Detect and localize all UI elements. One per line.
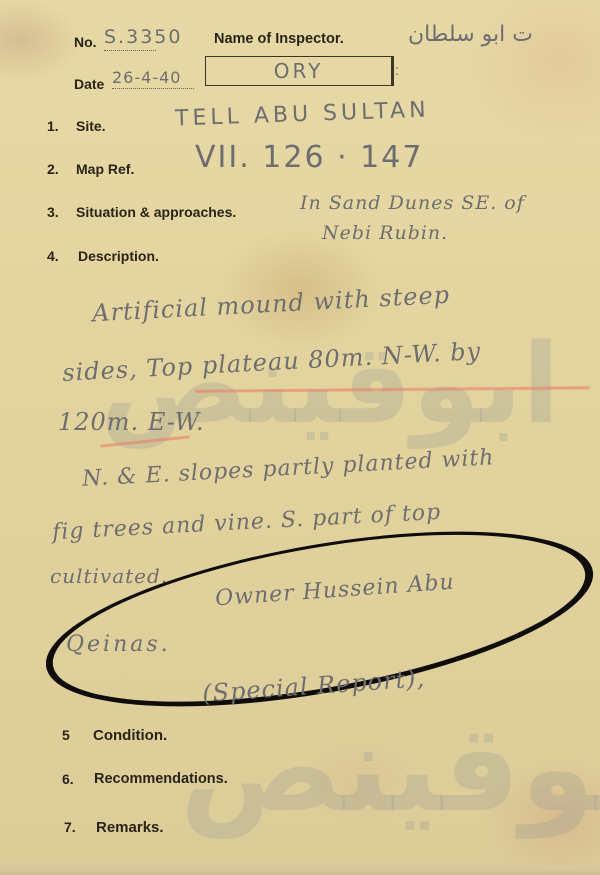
field-mapref-label: Map Ref.	[76, 161, 134, 177]
description-line-3: 120m. E-W.	[58, 408, 205, 436]
field-2-number: 2.	[47, 161, 59, 177]
description-line-8: Qeinas.	[66, 632, 171, 657]
inspector-value: ORY	[274, 59, 324, 83]
field-3-number: 3.	[47, 204, 59, 220]
red-underline-1	[195, 386, 590, 392]
description-line-2: sides, Top plateau 80m. N-W. by	[62, 337, 482, 387]
inspection-card: ابوقينص ابوقينص No. S.3350 Name of Inspe…	[0, 0, 600, 875]
field-description-label: Description.	[78, 248, 159, 264]
field-mapref-value: VII. 126 · 147	[195, 140, 423, 175]
field-situation-value-line2: Nebi Rubin.	[322, 222, 448, 244]
no-label: No.	[74, 34, 97, 50]
description-line-4: N. & E. slopes partly planted with	[82, 445, 495, 492]
watermark-bottom: ابوقينص	[180, 700, 600, 839]
date-value: 26-4-40	[112, 68, 181, 87]
field-5-number: 5	[62, 727, 70, 743]
field-6-number: 6.	[62, 771, 74, 787]
field-1-number: 1.	[47, 118, 59, 134]
description-line-6: cultivated.	[50, 564, 168, 588]
paper-bottom-edge	[0, 861, 600, 875]
field-situation-label: Situation & approaches.	[76, 204, 236, 220]
field-4-number: 4.	[47, 248, 59, 264]
field-7-number: 7.	[64, 819, 76, 835]
field-remarks-label: Remarks.	[96, 819, 164, 836]
description-line-9: (Special Report),	[201, 664, 426, 708]
no-dotted-line	[104, 50, 156, 51]
description-line-7: Owner Hussein Abu	[214, 570, 455, 612]
arabic-note: ت ابو سلطان	[408, 22, 533, 47]
red-underline-2	[100, 435, 190, 447]
date-label: Date	[74, 76, 104, 92]
date-dotted-line	[112, 88, 194, 89]
description-line-1: Artificial mound with steep	[92, 281, 451, 328]
field-condition-label: Condition.	[93, 727, 167, 744]
colon-mark: :	[395, 62, 399, 78]
inspector-label: Name of Inspector.	[214, 31, 344, 47]
field-site-value: TELL ABU SULTAN	[175, 98, 430, 132]
description-line-5: fig trees and vine. S. part of top	[52, 500, 442, 545]
field-situation-value-line1: In Sand Dunes SE. of	[300, 192, 525, 214]
field-recommendations-label: Recommendations.	[94, 771, 228, 787]
inspector-box: ORY	[205, 56, 394, 86]
field-site-label: Site.	[76, 118, 106, 134]
no-value: S.3350	[104, 26, 182, 48]
